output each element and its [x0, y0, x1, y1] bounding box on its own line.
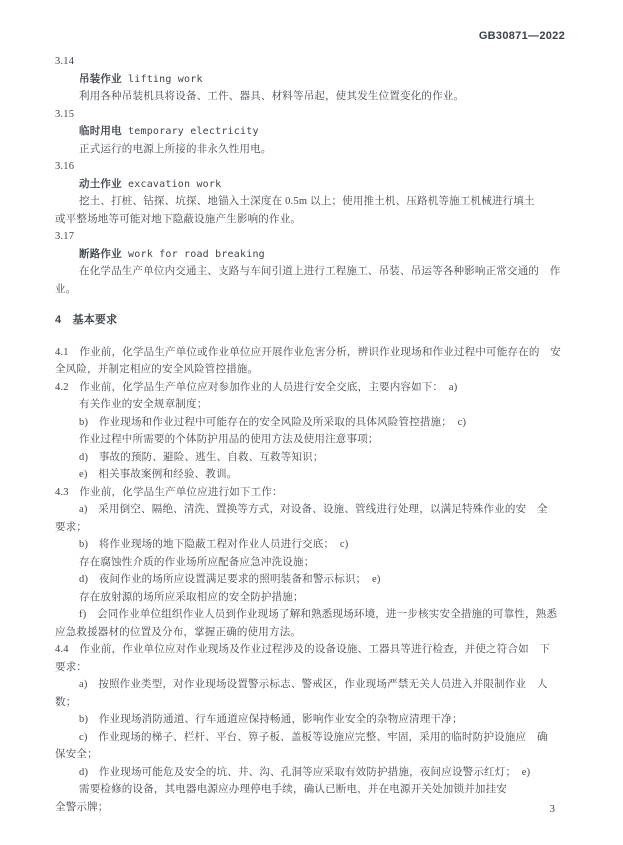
text-line: 需要检修的设备，其电器电源应办理停电手续，确认已断电，并在电源开关处加锁并加挂安	[55, 781, 573, 799]
text-line: 要求；	[55, 519, 573, 537]
text-line: 作业过程中所需要的个体防护用品的使用方法及使用注意事项；	[55, 431, 573, 449]
text-line: 吊装作业 lifting work	[55, 71, 573, 89]
text-line: d) 作业现场可能危及安全的坑、井、沟、孔洞等应采取有效防护措施，夜间应设警示红…	[55, 764, 573, 782]
text-line: 应急救援器材的位置及分布，掌握正确的使用方法。	[55, 624, 573, 642]
text-line: 4.2 作业前，化学品生产单位应对参加作业的人员进行安全交底，主要内容如下： a…	[55, 379, 573, 397]
term-chinese: 临时用电	[79, 125, 122, 137]
text-line: 数；	[55, 694, 573, 712]
text-line: 4.3 作业前，化学品生产单位应进行如下工作：	[55, 484, 573, 502]
text-line: 在化学品生产单位内交通主、支路与车间引道上进行工程施工、吊装、吊运等各种影响正常…	[55, 263, 573, 281]
text-line: e) 相关事故案例和经验、教训。	[55, 466, 573, 484]
text-line: 要求：	[55, 659, 573, 677]
text-line: 正式运行的电源上所接的非永久性用电。	[55, 141, 573, 159]
term-english: lifting work	[122, 74, 203, 85]
text-line: 3.14	[55, 53, 573, 71]
page: GB30871—2022 3.14吊装作业 lifting work利用各种吊装…	[0, 0, 623, 845]
text-line: d) 事故的预防、避险、逃生、自救、互救等知识；	[55, 449, 573, 467]
text-line: b) 作业现场消防通道、行车通道应保持畅通，影响作业安全的杂物应清理干净；	[55, 711, 573, 729]
document-body: 3.14吊装作业 lifting work利用各种吊装机具将设备、工件、器具、材…	[0, 44, 623, 816]
page-footer: 3	[550, 799, 556, 817]
text-line: f) 会同作业单位组织作业人员到作业现场了解和熟悉现场环境，进一步核实安全措施的…	[55, 606, 573, 624]
text-line: 3.15	[55, 106, 573, 124]
text-line: a) 按照作业类型，对作业现场设置警示标志、警戒区，作业现场严禁无关人员进入并限…	[55, 676, 573, 694]
term-chinese: 动土作业	[79, 178, 122, 190]
text-line: c) 作业现场的梯子、栏杆、平台、箅子板、盖板等设施应完整、牢固，采用的临时防护…	[55, 729, 573, 747]
standard-code: GB30871—2022	[479, 30, 565, 42]
term-chinese: 吊装作业	[79, 73, 122, 85]
text-line: 或平整场地等可能对地下隐蔽设施产生影响的作业。	[55, 211, 573, 229]
text-line: 挖土、打桩、钻探、坑探、地锚入土深度在 0.5m 以上；使用推土机、压路机等施工…	[55, 193, 573, 211]
text-line: 利用各种吊装机具将设备、工件、器具、材料等吊起，使其发生位置变化的作业。	[55, 88, 573, 106]
text-line: 存在放射源的场所应采取相应的安全防护措施；	[55, 589, 573, 607]
page-header: GB30871—2022	[0, 0, 623, 44]
text-line: 4.1 作业前，化学品生产单位或作业单位应开展作业危害分析，辨识作业现场和作业过…	[55, 344, 573, 362]
text-line: 全警示牌；	[55, 799, 573, 817]
text-line: 有关作业的安全规章制度；	[55, 396, 573, 414]
text-line: 全风险，并制定相应的安全风险管控措施。	[55, 361, 573, 379]
term-chinese: 断路作业	[79, 248, 122, 260]
text-line: 临时用电 temporary electricity	[55, 123, 573, 141]
text-line: b) 将作业现场的地下隐蔽工程对作业人员进行交底； c)	[55, 536, 573, 554]
section-heading: 4 基本要求	[55, 312, 573, 330]
term-english: excavation work	[122, 179, 222, 190]
term-english: work for road breaking	[122, 249, 265, 260]
page-number: 3	[550, 803, 556, 815]
text-line: 3.17	[55, 228, 573, 246]
text-line: b) 作业现场和作业过程中可能存在的安全风险及所采取的具体风险管控措施； c)	[55, 414, 573, 432]
text-line: d) 夜间作业的场所应设置满足要求的照明装备和警示标识； e)	[55, 571, 573, 589]
text-line: a) 采用倒空、隔绝、清洗、置换等方式，对设备、设施、管线进行处理，以满足特殊作…	[55, 501, 573, 519]
text-line: 动土作业 excavation work	[55, 176, 573, 194]
text-line: 3.16	[55, 158, 573, 176]
text-line: 业。	[55, 281, 573, 299]
text-line: 保安全；	[55, 746, 573, 764]
text-line: 存在腐蚀性介质的作业场所应配备应急冲洗设施；	[55, 554, 573, 572]
text-line: 4.4 作业前，作业单位应对作业现场及作业过程涉及的设备设施、工器具等进行检查，…	[55, 641, 573, 659]
term-english: temporary electricity	[122, 126, 259, 137]
text-line: 断路作业 work for road breaking	[55, 246, 573, 264]
